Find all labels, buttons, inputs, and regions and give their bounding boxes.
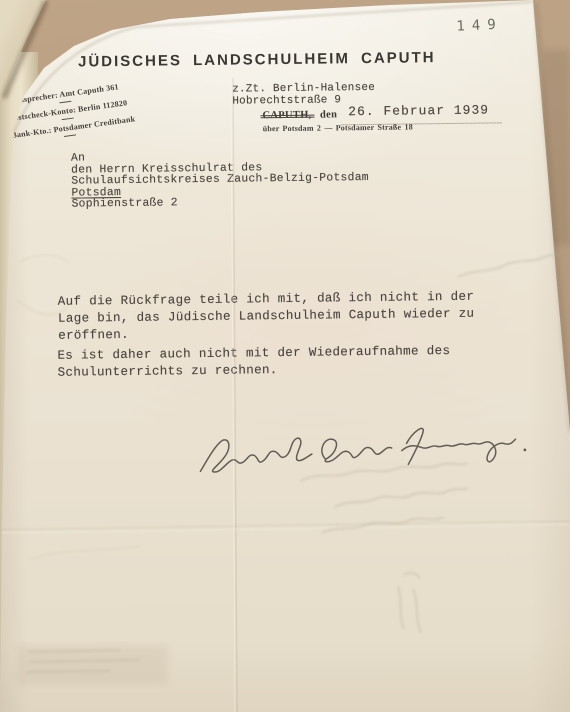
printed-place-struck: CAPUTH, — [262, 110, 311, 122]
signature-ink-strokes — [187, 402, 539, 485]
recipient-address-block: An den Herrn Kreisschulrat des Schulaufs… — [71, 150, 369, 212]
separator-dash — [64, 134, 76, 137]
body-paragraph-1: Auf die Rückfrage teile ich mit, daß ich… — [58, 289, 475, 345]
printed-address-line: über Potsdam 2 — Potsdamer Straße 18 — [263, 122, 413, 133]
body-line: Schulunterrichts zu rechnen. — [58, 360, 451, 382]
handwritten-signature: Gertrud Sara Feiertag. — [187, 402, 539, 485]
separator-dash — [62, 118, 74, 121]
date-dotted-line: 26. Februar 1939 — [340, 102, 501, 125]
archival-letter-photo: 149 JÜDISCHES LANDSCHULHEIM CAPUTH Ferns… — [0, 0, 570, 712]
typed-date: 26. Februar 1939 — [348, 103, 489, 120]
recipient-line: Sophienstraße 2 — [72, 196, 370, 211]
letter-page: 149 JÜDISCHES LANDSCHULHEIM CAPUTH Ferns… — [0, 0, 570, 712]
separator-dash — [59, 101, 71, 104]
archive-page-number: 149 — [456, 17, 503, 35]
letter-content: 149 JÜDISCHES LANDSCHULHEIM CAPUTH Ferns… — [0, 0, 570, 712]
printed-word-den: den — [320, 109, 337, 120]
body-paragraph-2: Es ist daher auch nicht mit der Wiederau… — [57, 343, 450, 382]
letterhead-title: JÜDISCHES LANDSCHULHEIM CAPUTH — [57, 49, 457, 71]
